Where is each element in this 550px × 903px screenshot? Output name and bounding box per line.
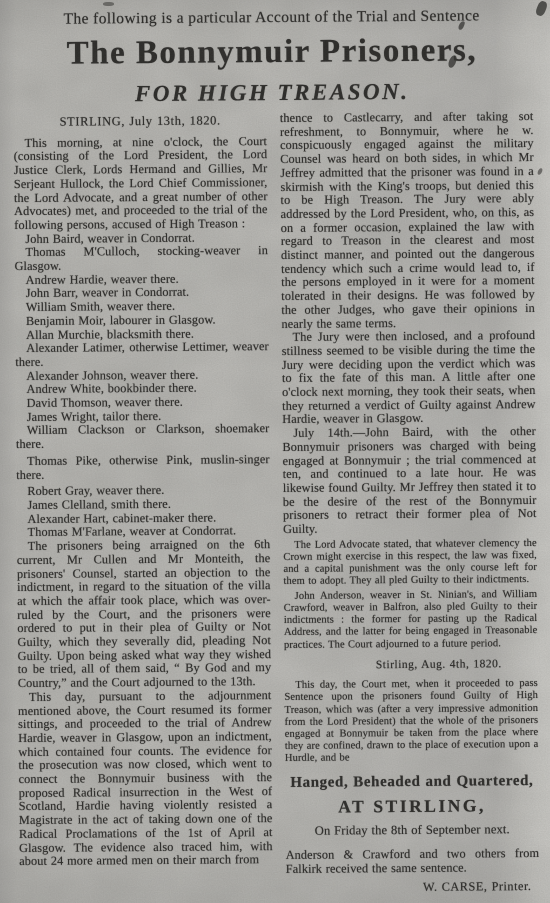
paragraph-jury-verdict: The Jury were then inclosed, and a profo…: [282, 329, 536, 427]
prisoner-name: Thomas Pike, otherwise Pink, muslin-sing…: [16, 453, 270, 482]
sentence-hanged-line: Hanged, Beheaded and Quartered,: [285, 775, 539, 791]
header-overline: The following is a particular Account of…: [0, 7, 547, 29]
prisoner-name: Alexander Latimer, otherwise Lettimer, w…: [15, 340, 269, 369]
paragraph-anderson-crawford-plea: John Anderson, weaver in St. Ninian's, a…: [284, 589, 538, 651]
two-column-body: STIRLING, July 13th, 1820. This morning,…: [0, 104, 550, 898]
broadside-sheet: The following is a particular Account of…: [0, 0, 550, 903]
left-column: STIRLING, July 13th, 1820. This morning,…: [13, 112, 273, 897]
dateline-august: Stirling, Aug. 4th, 1820.: [284, 658, 538, 674]
paragraph-hardie-trial: This day, pursuant to the adjournment me…: [18, 689, 273, 869]
broadside-content: The following is a particular Account of…: [0, 0, 550, 903]
paragraph-court-assembly: This morning, at nine o'clock, the Court…: [14, 135, 268, 233]
sentence-date-line: On Friday the 8th of September next.: [285, 823, 539, 839]
dateline-july: STIRLING, July 13th, 1820.: [13, 114, 267, 130]
prisoner-name: William Clackson or Clarkson, shoemaker …: [16, 423, 270, 452]
paragraph-arraignment: The prisoners being arraigned on the 6th…: [17, 538, 272, 691]
paragraph-sentencing: This day, the Court met, when it proceed…: [284, 678, 538, 765]
sentence-at-stirling-line: AT STIRLING,: [285, 799, 539, 815]
printer-imprint: W. CARSE, Printer.: [286, 879, 540, 895]
paragraph-baird-trial: July 14th.—John Baird, with the other Bo…: [282, 425, 536, 537]
right-column: thence to Castlecarry, and after taking …: [280, 110, 540, 895]
paragraph-same-sentence: Anderson & Crawford and two others from …: [286, 847, 540, 876]
page-title: The Bonnymuir Prisoners,: [0, 32, 547, 73]
paragraph-lord-advocate: The Lord Advocate stated, that whatever …: [283, 538, 537, 588]
paragraph-castlecarry: thence to Castlecarry, and after taking …: [280, 110, 535, 331]
prisoner-name: Thomas M'Culloch, stocking-weaver in Gla…: [14, 244, 268, 273]
